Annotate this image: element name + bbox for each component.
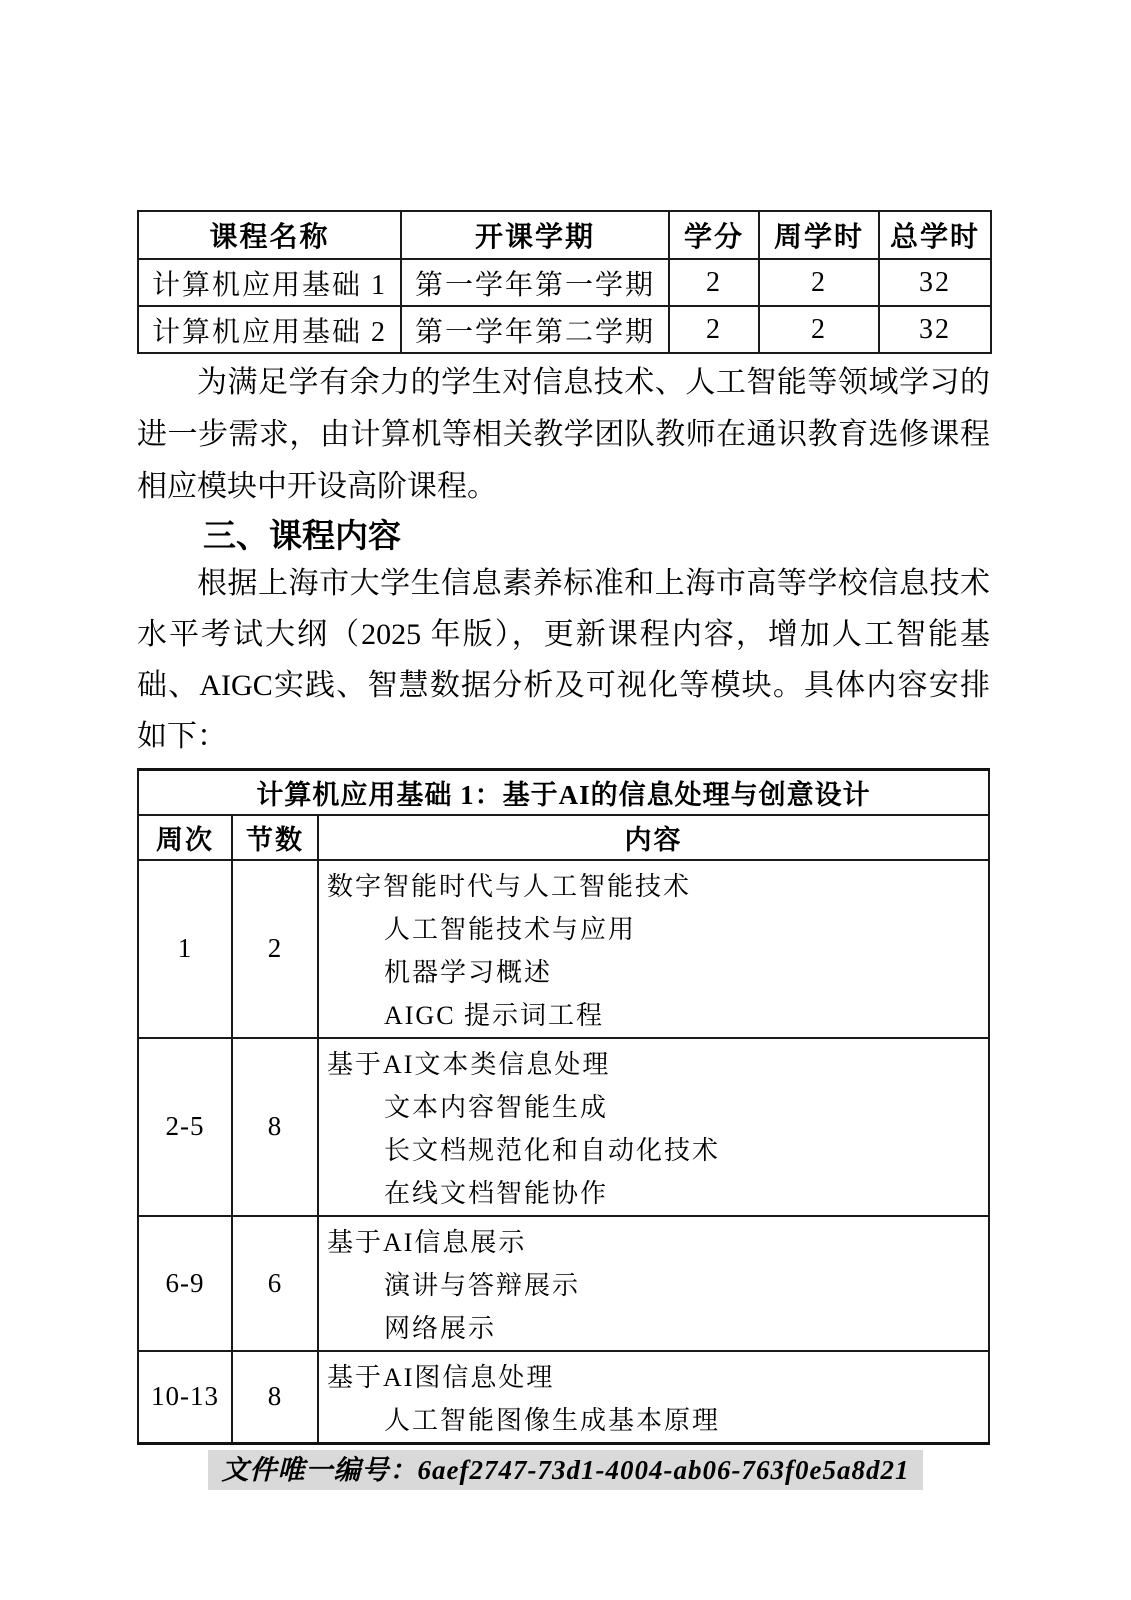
document-page: 课程名称 开课学期 学分 周学时 总学时 计算机应用基础 1 第一学年第一学期 …	[0, 0, 1131, 1600]
header-cell-content: 内容	[318, 815, 989, 860]
topic-line: 数字智能时代与人工智能技术	[327, 865, 982, 908]
cell-content: 基于AI信息展示 演讲与答辩展示 网络展示	[318, 1216, 989, 1351]
subtopic-line: AIGC 提示词工程	[327, 994, 982, 1037]
header-cell-weekly-hours: 周学时	[759, 211, 879, 259]
cell-weekly-hours: 2	[759, 306, 879, 353]
cell-weeks: 6-9	[138, 1216, 232, 1351]
cell-semester: 第一学年第一学期	[401, 259, 669, 306]
document-id-badge: 文件唯一编号：6aef2747-73d1-4004-ab06-763f0e5a8…	[208, 1450, 924, 1490]
cell-sessions: 8	[232, 1038, 318, 1216]
cell-weeks: 10-13	[138, 1351, 232, 1444]
header-cell-course-name: 课程名称	[138, 211, 401, 259]
topic-line: 基于AI图信息处理	[327, 1356, 982, 1399]
subtopic-line: 文本内容智能生成	[327, 1086, 982, 1129]
section-heading-course-content: 三、课程内容	[137, 512, 990, 560]
subtopic-line: 人工智能技术与应用	[327, 908, 982, 951]
course-table-header-row: 课程名称 开课学期 学分 周学时 总学时	[138, 211, 991, 259]
cell-course-name: 计算机应用基础 2	[138, 306, 401, 353]
cell-course-name: 计算机应用基础 1	[138, 259, 401, 306]
footer: 文件唯一编号：6aef2747-73d1-4004-ab06-763f0e5a8…	[0, 1450, 1131, 1490]
cell-content: 数字智能时代与人工智能技术 人工智能技术与应用 机器学习概述 AIGC 提示词工…	[318, 860, 989, 1038]
cell-sessions: 8	[232, 1351, 318, 1444]
subtopic-line: 人工智能图像生成基本原理	[327, 1399, 982, 1442]
subtopic-line: 演讲与答辩展示	[327, 1264, 982, 1307]
syllabus-row: 1 2 数字智能时代与人工智能技术 人工智能技术与应用 机器学习概述 AIGC …	[138, 860, 989, 1038]
subtopic-line: 机器学习概述	[327, 951, 982, 994]
cell-content: 基于AI图信息处理 人工智能图像生成基本原理	[318, 1351, 989, 1444]
cell-weekly-hours: 2	[759, 259, 879, 306]
header-cell-semester: 开课学期	[401, 211, 669, 259]
syllabus-table: 计算机应用基础 1：基于AI的信息处理与创意设计 周次 节数 内容 1 2 数字…	[137, 768, 990, 1445]
syllabus-row: 6-9 6 基于AI信息展示 演讲与答辩展示 网络展示	[138, 1216, 989, 1351]
syllabus-header-row: 周次 节数 内容	[138, 815, 989, 860]
cell-semester: 第一学年第二学期	[401, 306, 669, 353]
subtopic-line: 网络展示	[327, 1307, 982, 1350]
subtopic-line: 长文档规范化和自动化技术	[327, 1129, 982, 1172]
header-cell-sessions: 节数	[232, 815, 318, 860]
course-table: 课程名称 开课学期 学分 周学时 总学时 计算机应用基础 1 第一学年第一学期 …	[137, 210, 992, 354]
cell-sessions: 6	[232, 1216, 318, 1351]
header-cell-weeks: 周次	[138, 815, 232, 860]
course-table-row: 计算机应用基础 2 第一学年第二学期 2 2 32	[138, 306, 991, 353]
cell-credits: 2	[669, 259, 759, 306]
topic-line: 基于AI信息展示	[327, 1221, 982, 1264]
document-id-value: 6aef2747-73d1-4004-ab06-763f0e5a8d21	[418, 1455, 910, 1485]
syllabus-title-row: 计算机应用基础 1：基于AI的信息处理与创意设计	[138, 770, 989, 815]
paragraph-electives: 为满足学有余力的学生对信息技术、人工智能等领域学习的进一步需求，由计算机等相关教…	[137, 357, 990, 513]
syllabus-title: 计算机应用基础 1：基于AI的信息处理与创意设计	[138, 770, 989, 815]
document-id-label: 文件唯一编号：	[222, 1455, 418, 1485]
syllabus-row: 10-13 8 基于AI图信息处理 人工智能图像生成基本原理	[138, 1351, 989, 1444]
subtopic-line: 在线文档智能协作	[327, 1172, 982, 1215]
header-cell-credits: 学分	[669, 211, 759, 259]
cell-content: 基于AI文本类信息处理 文本内容智能生成 长文档规范化和自动化技术 在线文档智能…	[318, 1038, 989, 1216]
cell-credits: 2	[669, 306, 759, 353]
syllabus-row: 2-5 8 基于AI文本类信息处理 文本内容智能生成 长文档规范化和自动化技术 …	[138, 1038, 989, 1216]
course-table-row: 计算机应用基础 1 第一学年第一学期 2 2 32	[138, 259, 991, 306]
cell-total-hours: 32	[879, 259, 991, 306]
cell-sessions: 2	[232, 860, 318, 1038]
cell-total-hours: 32	[879, 306, 991, 353]
paragraph-content-update: 根据上海市大学生信息素养标准和上海市高等学校信息技术水平考试大纲（2025 年版…	[137, 558, 990, 762]
topic-line: 基于AI文本类信息处理	[327, 1043, 982, 1086]
header-cell-total-hours: 总学时	[879, 211, 991, 259]
cell-weeks: 2-5	[138, 1038, 232, 1216]
cell-weeks: 1	[138, 860, 232, 1038]
